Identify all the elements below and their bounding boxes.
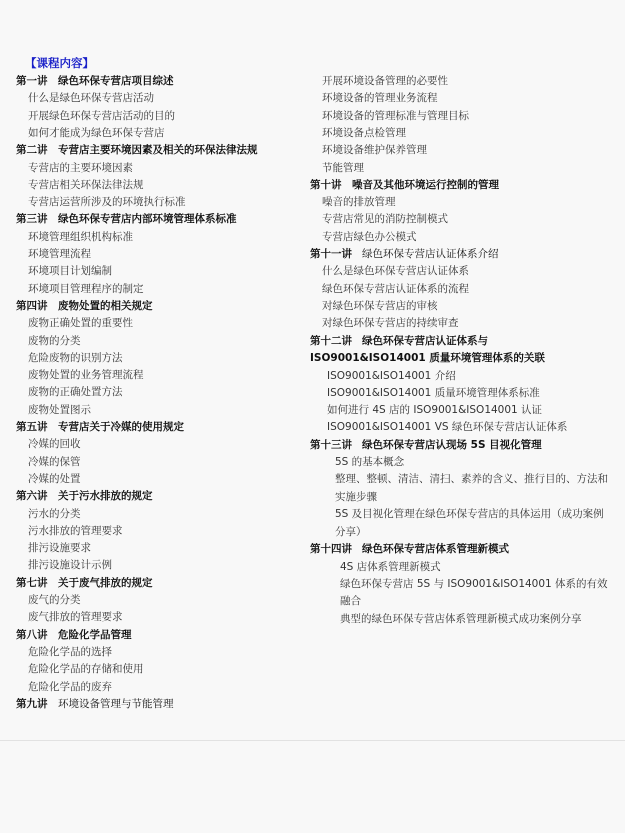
- outline-item: 环境设备的管理业务流程: [310, 90, 438, 107]
- outline-item: 冷媒的保管: [16, 454, 81, 471]
- outline-item: 如何才能成为绿色环保专营店: [16, 125, 165, 142]
- outline-item: 专营店常见的消防控制模式: [310, 211, 448, 228]
- outline-item: 废气排放的管理要求: [16, 609, 123, 626]
- lecture-title: 环境设备管理与节能管理: [58, 698, 174, 710]
- outline-item: 绿色环保专营店认证体系的流程: [310, 281, 469, 298]
- outline-item: 冷媒的回收: [16, 436, 81, 453]
- outline-item: 污水排放的管理要求: [16, 523, 123, 540]
- outline-item: 绿色环保专营店 5S 与 ISO9001&ISO14001 体系的有效融合: [310, 576, 610, 611]
- outline-item: 5S 及目视化管理在绿色环保专营店的具体运用（成功案例分享）: [310, 506, 610, 541]
- lecture-heading: 第七讲关于废气排放的规定: [16, 575, 153, 592]
- outline-item: 典型的绿色环保专营店体系管理新模式成功案例分享: [310, 611, 582, 628]
- lecture-title: 噪音及其他环境运行控制的管理: [352, 179, 499, 191]
- lecture-number: 第二讲: [16, 142, 58, 159]
- outline-item: 废物的分类: [16, 333, 81, 350]
- outline-item: 危险化学品的存储和使用: [16, 661, 144, 678]
- outline-item: 4S 店体系管理新模式: [310, 559, 441, 576]
- outline-item: 废气的分类: [16, 592, 81, 609]
- outline-item: 节能管理: [310, 160, 364, 177]
- outline-item: 对绿色环保专营店的持续审查: [310, 315, 459, 332]
- lecture-number: 第十三讲: [310, 437, 362, 454]
- lecture-number: 第五讲: [16, 419, 58, 436]
- outline-item: 什么是绿色环保专营店活动: [16, 90, 154, 107]
- outline-item: 废物的正确处置方法: [16, 384, 123, 401]
- outline-item: 废物正确处置的重要性: [16, 315, 133, 332]
- lecture-heading: 第一讲绿色环保专营店项目综述: [16, 73, 174, 90]
- outline-item: 环境设备维护保养管理: [310, 142, 427, 159]
- outline-item: 环境管理流程: [16, 246, 91, 263]
- lecture-heading: 第十四讲绿色环保专营店体系管理新模式: [310, 541, 509, 558]
- lecture-title: 专营店关于冷媒的使用规定: [58, 421, 184, 433]
- outline-item: 环境管理组织机构标准: [16, 229, 133, 246]
- outline-item: 对绿色环保专营店的审核: [310, 298, 438, 315]
- section-title: 【课程内容】: [25, 55, 94, 71]
- divider: [0, 740, 625, 741]
- outline-item: 环境项目计划编制: [16, 263, 112, 280]
- outline-item: 危险废物的识别方法: [16, 350, 123, 367]
- lecture-heading: 第八讲危险化学品管理: [16, 627, 132, 644]
- outline-item: 5S 的基本概念: [310, 454, 404, 471]
- lecture-number: 第四讲: [16, 298, 58, 315]
- outline-item: 开展环境设备管理的必要性: [310, 73, 448, 90]
- outline-item: 环境项目管理程序的制定: [16, 281, 144, 298]
- outline-item: 危险化学品的废弃: [16, 679, 112, 696]
- lecture-number: 第十四讲: [310, 541, 362, 558]
- outline-item: 环境设备点检管理: [310, 125, 406, 142]
- lecture-title: 关于污水排放的规定: [58, 490, 153, 502]
- lecture-number: 第八讲: [16, 627, 58, 644]
- outline-item: 废物处置的业务管理流程: [16, 367, 144, 384]
- outline-item: 污水的分类: [16, 506, 81, 523]
- outline-item: ISO9001&ISO14001 质量环境管理体系标准: [310, 385, 540, 402]
- lecture-heading: 第十三讲绿色环保专营店认现场 5S 目视化管理: [310, 437, 542, 454]
- outline-item: 环境设备的管理标准与管理目标: [310, 108, 469, 125]
- lecture-number: 第六讲: [16, 488, 58, 505]
- lecture-title: 绿色环保专营店内部环境管理体系标准: [58, 213, 237, 225]
- outline-item: 废物处置图示: [16, 402, 91, 419]
- outline-item: 噪音的排放管理: [310, 194, 396, 211]
- lecture-heading: 第三讲绿色环保专营店内部环境管理体系标准: [16, 211, 237, 228]
- lecture-heading: 第五讲专营店关于冷媒的使用规定: [16, 419, 184, 436]
- outline-item: 如何进行 4S 店的 ISO9001&ISO14001 认证: [310, 402, 542, 419]
- outline-item: ISO9001&ISO14001 介绍: [310, 368, 456, 385]
- outline-item: 专营店相关环保法律法规: [16, 177, 144, 194]
- lecture-number: 第九讲: [16, 696, 58, 713]
- outline-item: 排污设施要求: [16, 540, 91, 557]
- outline-item: ISO9001&ISO14001 VS 绿色环保专营店认证体系: [310, 419, 567, 436]
- lecture-heading: 第十讲噪音及其他环境运行控制的管理: [310, 177, 499, 194]
- lecture-title: 专营店主要环境因素及相关的环保法律法规: [58, 144, 258, 156]
- outline-item: 危险化学品的选择: [16, 644, 112, 661]
- lecture-heading: 第四讲废物处置的相关规定: [16, 298, 153, 315]
- lecture-title: 绿色环保专营店认证体系介绍: [362, 248, 499, 260]
- lecture-number: 第三讲: [16, 211, 58, 228]
- lecture-heading: 第十二讲绿色环保专营店认证体系与 ISO9001&ISO14001 质量环境管理…: [310, 333, 605, 368]
- lecture-heading: 第九讲环境设备管理与节能管理: [16, 696, 174, 713]
- outline-item: 专营店绿色办公模式: [310, 229, 417, 246]
- lecture-heading: 第二讲专营店主要环境因素及相关的环保法律法规: [16, 142, 258, 159]
- outline-item: 什么是绿色环保专营店认证体系: [310, 263, 469, 280]
- lecture-title: 绿色环保专营店认现场 5S 目视化管理: [362, 439, 542, 451]
- lecture-number: 第十一讲: [310, 246, 362, 263]
- lecture-number: 第一讲: [16, 73, 58, 90]
- lecture-number: 第七讲: [16, 575, 58, 592]
- lecture-title: 绿色环保专营店体系管理新模式: [362, 543, 509, 555]
- lecture-title: 绿色环保专营店项目综述: [58, 75, 174, 87]
- lecture-number: 第十讲: [310, 177, 352, 194]
- outline-item: 开展绿色环保专营店活动的目的: [16, 108, 175, 125]
- outline-item: 排污设施设计示例: [16, 557, 112, 574]
- outline-item: 专营店的主要环境因素: [16, 160, 133, 177]
- lecture-title: 关于废气排放的规定: [58, 577, 153, 589]
- outline-item: 整理、整顿、清洁、清扫、素养的含义、推行目的、方法和实施步骤: [310, 471, 610, 506]
- lecture-number: 第十二讲: [310, 333, 362, 351]
- lecture-title: 危险化学品管理: [58, 629, 132, 641]
- outline-item: 冷媒的处置: [16, 471, 81, 488]
- lecture-title: 废物处置的相关规定: [58, 300, 153, 312]
- lecture-heading: 第十一讲绿色环保专营店认证体系介绍: [310, 246, 499, 263]
- outline-item: 专营店运营所涉及的环境执行标准: [16, 194, 186, 211]
- lecture-heading: 第六讲关于污水排放的规定: [16, 488, 153, 505]
